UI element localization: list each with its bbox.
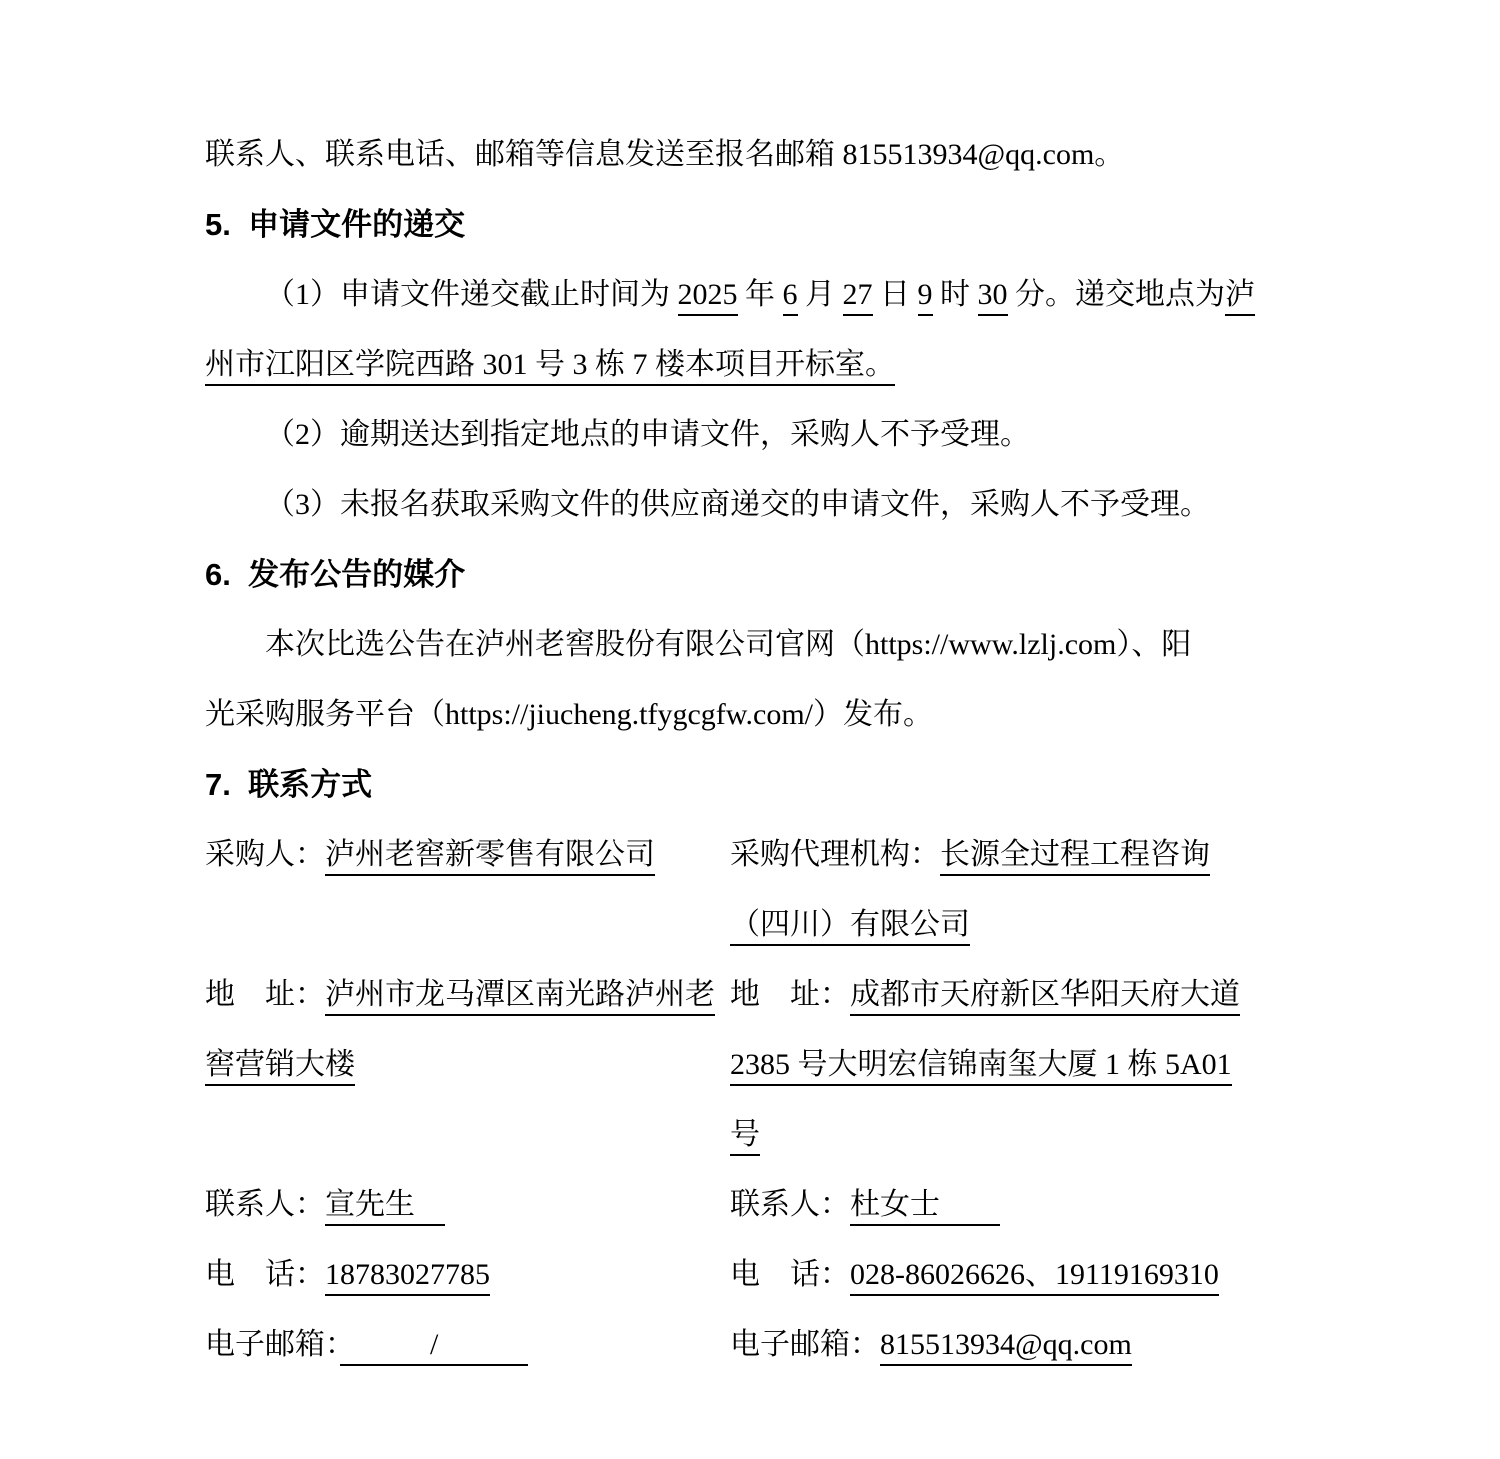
purchaser-phone-cell: 电 话：18783027785 (205, 1240, 730, 1310)
text-line: 联系人：宣先生 (205, 1170, 730, 1240)
section-5-heading: 5. 申请文件的递交 (205, 190, 1275, 260)
para-6-line-2: 光采购服务平台（https://jiucheng.tfygcgfw.com/）发… (205, 680, 1275, 750)
text-line: 窖营销大楼 (205, 1030, 730, 1100)
text-line: 号 (730, 1100, 1275, 1170)
purchaser-contact-cell: 联系人：宣先生 (205, 1170, 730, 1240)
text-line: 采购人：泸州老窖新零售有限公司 (205, 820, 730, 890)
text-line: 电 话：028-86026626、19119169310 (730, 1240, 1275, 1310)
agency-address-cell: 地 址：成都市天府新区华阳天府大道2385 号大明宏信锦南玺大厦 1 栋 5A0… (730, 960, 1275, 1170)
agency-email-cell: 电子邮箱：815513934@qq.com (730, 1310, 1275, 1380)
section-7-heading: 7. 联系方式 (205, 750, 1275, 820)
purchaser-address-cell: 地 址：泸州市龙马潭区南光路泸州老窖营销大楼 (205, 960, 730, 1170)
text-line: 2385 号大明宏信锦南玺大厦 1 栋 5A01 (730, 1030, 1275, 1100)
text-line: 电 话：18783027785 (205, 1240, 730, 1310)
para-5-1-line-1: （1）申请文件递交截止时间为 2025 年 6 月 27 日 9 时 30 分。… (205, 260, 1275, 330)
text-line: 采购代理机构：长源全过程工程咨询 (730, 820, 1275, 890)
text-line: 联系人：杜女士 (730, 1170, 1275, 1240)
para-6-line-1: 本次比选公告在泸州老窖股份有限公司官网（https://www.lzlj.com… (205, 610, 1275, 680)
intro-line: 联系人、联系电话、邮箱等信息发送至报名邮箱 815513934@qq.com。 (205, 120, 1275, 190)
para-5-3: （3）未报名获取采购文件的供应商递交的申请文件，采购人不予受理。 (205, 470, 1275, 540)
section-6-heading: 6. 发布公告的媒介 (205, 540, 1275, 610)
para-5-2: （2）逾期送达到指定地点的申请文件，采购人不予受理。 (205, 400, 1275, 470)
text-line: 地 址：泸州市龙马潭区南光路泸州老 (205, 960, 730, 1030)
purchaser-name-cell: 采购人：泸州老窖新零售有限公司 (205, 820, 730, 960)
text-line: 电子邮箱：815513934@qq.com (730, 1310, 1275, 1380)
para-5-1-line-2: 州市江阳区学院西路 301 号 3 栋 7 楼本项目开标室。 (205, 330, 1275, 400)
contact-table: 采购人：泸州老窖新零售有限公司 采购代理机构：长源全过程工程咨询（四川）有限公司… (205, 820, 1275, 1380)
text-line: （四川）有限公司 (730, 890, 1275, 960)
agency-phone-cell: 电 话：028-86026626、19119169310 (730, 1240, 1275, 1310)
text-line: 地 址：成都市天府新区华阳天府大道 (730, 960, 1275, 1030)
agency-contact-cell: 联系人：杜女士 (730, 1170, 1275, 1240)
agency-name-cell: 采购代理机构：长源全过程工程咨询（四川）有限公司 (730, 820, 1275, 960)
document-body: 联系人、联系电话、邮箱等信息发送至报名邮箱 815513934@qq.com。 … (205, 120, 1275, 1380)
purchaser-email-cell: 电子邮箱： / (205, 1310, 730, 1380)
text-line: 电子邮箱： / (205, 1310, 730, 1380)
